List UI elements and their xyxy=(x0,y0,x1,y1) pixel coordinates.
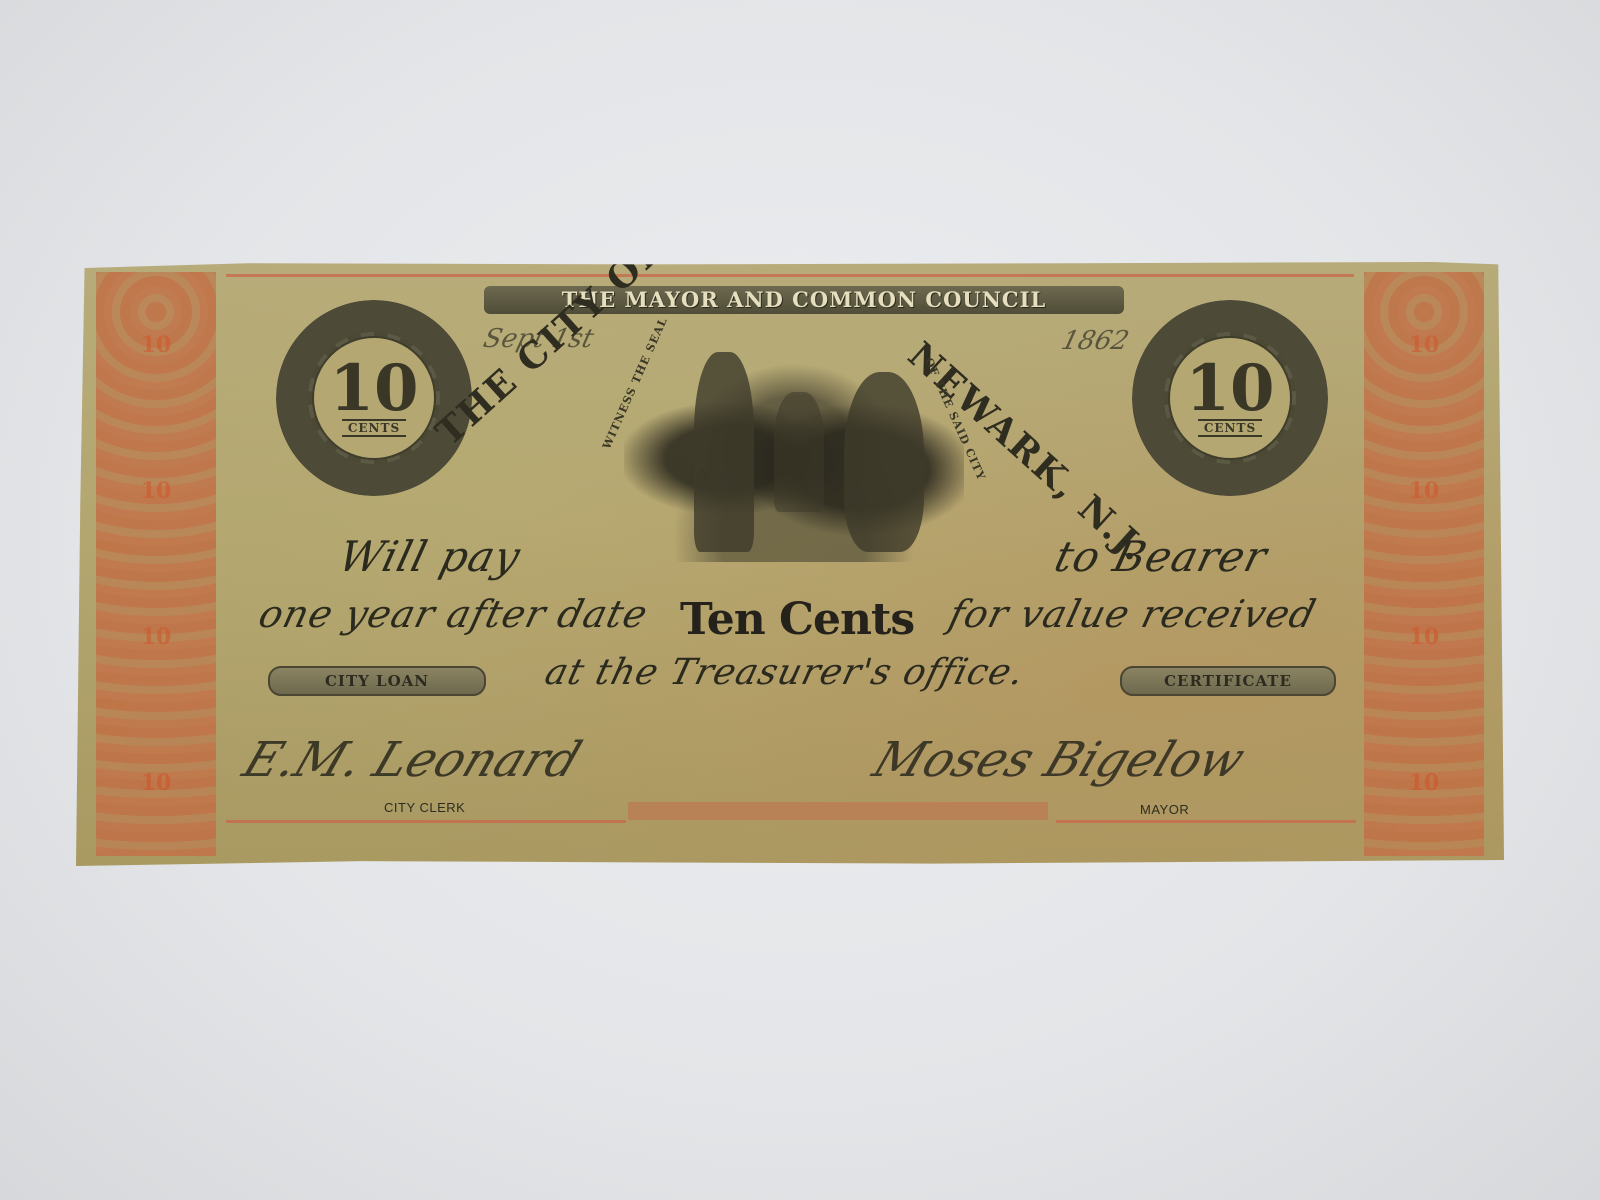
banknote: 10 10 10 10 10 10 10 10 THE MAYOR AND CO… xyxy=(76,262,1504,866)
denomination-rosette-right: 10 CENTS xyxy=(1132,300,1328,496)
top-red-border xyxy=(226,274,1354,277)
city-loan-plate: CITY LOAN xyxy=(268,666,486,696)
stub-denomination: 10 xyxy=(1409,624,1440,650)
denomination-value: 10 xyxy=(1185,359,1274,419)
stub-denomination: 10 xyxy=(141,332,172,358)
stub-denomination: 10 xyxy=(141,770,172,796)
issue-year: 1862 xyxy=(1058,326,1132,356)
signature-mayor: Moses Bigelow xyxy=(866,732,1252,788)
stub-denomination: 10 xyxy=(1409,478,1440,504)
amount-ten-cents: Ten Cents xyxy=(680,594,914,645)
signature-city-clerk: E.M. Leonard xyxy=(236,732,589,788)
denomination-unit: CENTS xyxy=(342,419,406,437)
stub-denomination: 10 xyxy=(1409,770,1440,796)
city-clerk-label: CITY CLERK xyxy=(384,800,465,815)
left-red-tint-panel: 10 10 10 10 xyxy=(96,272,216,856)
certificate-plate: CERTIFICATE xyxy=(1120,666,1336,696)
text-for-value-received: for value received xyxy=(945,592,1321,636)
text-to-bearer: to Bearer xyxy=(1050,532,1273,581)
bottom-red-border-left xyxy=(226,820,626,823)
text-treasurers-office: at the Treasurer's office. xyxy=(541,652,1029,693)
text-one-year-after-date: one year after date xyxy=(255,592,653,636)
right-red-tint-panel: 10 10 10 10 xyxy=(1364,272,1484,856)
denomination-rosette-left: 10 CENTS xyxy=(276,300,472,496)
denomination-unit: CENTS xyxy=(1198,419,1262,437)
standing-figure xyxy=(694,352,754,552)
allegorical-vignette xyxy=(624,332,964,562)
text-will-pay: Will pay xyxy=(334,532,526,581)
denomination-value: 10 xyxy=(329,359,418,419)
city-seal-shield xyxy=(774,392,824,512)
stub-denomination: 10 xyxy=(1409,332,1440,358)
stub-denomination: 10 xyxy=(141,478,172,504)
stub-denomination: 10 xyxy=(141,624,172,650)
bottom-red-border-right xyxy=(1056,820,1356,823)
bottom-red-bar xyxy=(628,802,1048,820)
mayor-label: MAYOR xyxy=(1140,802,1189,817)
seated-justice-figure xyxy=(844,372,924,552)
